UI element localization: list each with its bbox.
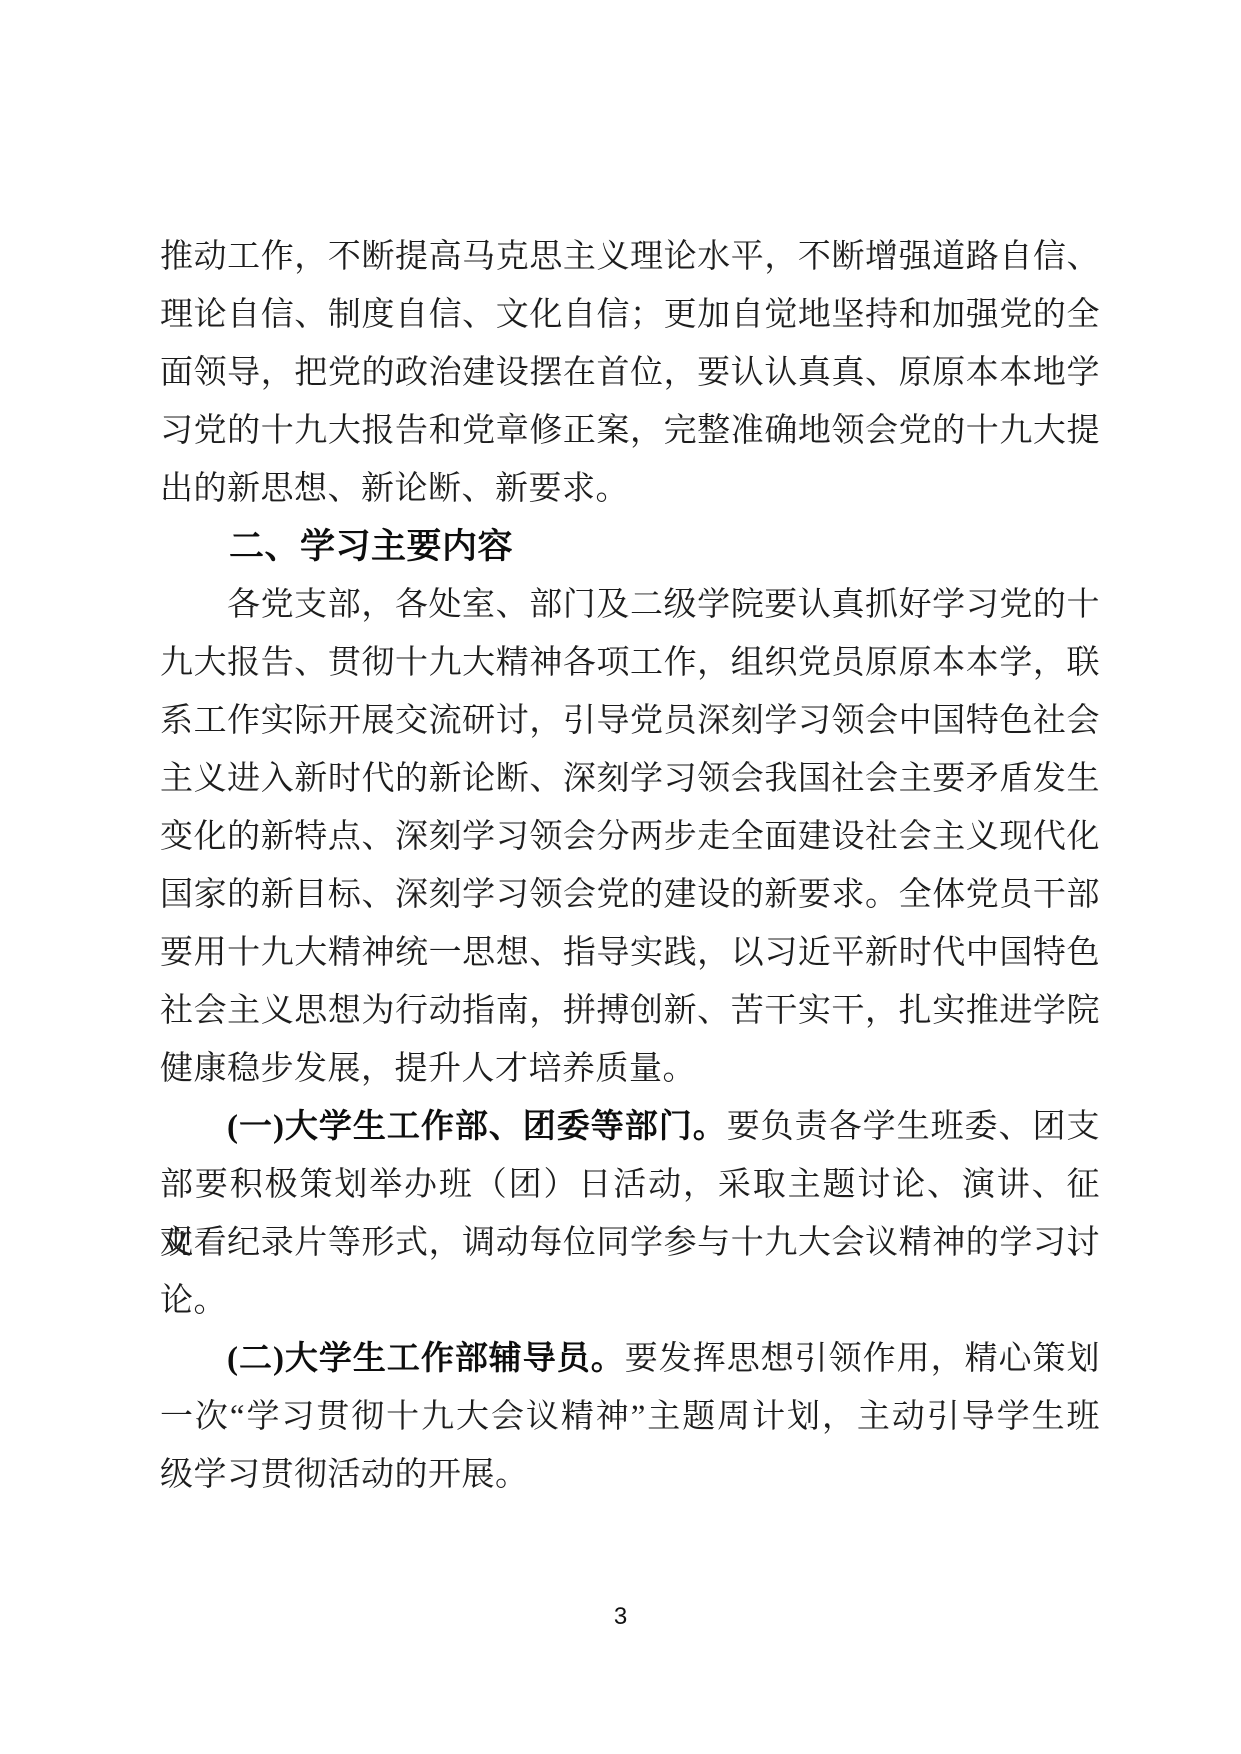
text-line: 理论自信、制度自信、文化自信；更加自觉地坚持和加强党的全 xyxy=(160,286,1100,344)
text-line: 部要积极策划举办班（团）日活动，采取主题讨论、演讲、征文、 xyxy=(160,1156,1100,1214)
text-line: 社会主义思想为行动指南，拼搏创新、苦干实干，扎实推进学院 xyxy=(160,982,1100,1040)
text-line: 观看纪录片等形式，调动每位同学参与十九大会议精神的学习讨 xyxy=(160,1214,1100,1272)
item-2-first-line: (二)大学生工作部辅导员。要发挥思想引领作用，精心策划 xyxy=(160,1330,1100,1388)
item-1-text: 要负责各学生班委、团支 xyxy=(727,1109,1100,1145)
text-line: 各党支部，各处室、部门及二级学院要认真抓好学习党的十 xyxy=(160,576,1100,634)
text-line: 一次“学习贯彻十九大会议精神”主题周计划，主动引导学生班 xyxy=(160,1388,1100,1446)
text-line: 级学习贯彻活动的开展。 xyxy=(160,1446,1100,1504)
text-line: 出的新思想、新论断、新要求。 xyxy=(160,460,1100,518)
text-line: 九大报告、贯彻十九大精神各项工作，组织党员原原本本学，联 xyxy=(160,634,1100,692)
item-1-first-line: (一)大学生工作部、团委等部门。要负责各学生班委、团支 xyxy=(160,1098,1100,1156)
document-page: 推动工作，不断提高马克思主义理论水平，不断增强道路自信、 理论自信、制度自信、文… xyxy=(0,0,1241,1754)
text-line: 论。 xyxy=(160,1272,1100,1330)
text-line: 要用十九大精神统一思想、指导实践，以习近平新时代中国特色 xyxy=(160,924,1100,982)
page-number: 3 xyxy=(0,1603,1241,1631)
text-line: 健康稳步发展，提升人才培养质量。 xyxy=(160,1040,1100,1098)
document-body: 推动工作，不断提高马克思主义理论水平，不断增强道路自信、 理论自信、制度自信、文… xyxy=(160,228,1100,1504)
item-1-lead: (一)大学生工作部、团委等部门。 xyxy=(227,1109,727,1145)
text-line: 习党的十九大报告和党章修正案，完整准确地领会党的十九大提 xyxy=(160,402,1100,460)
item-2-lead: (二)大学生工作部辅导员。 xyxy=(227,1341,625,1377)
text-line: 推动工作，不断提高马克思主义理论水平，不断增强道路自信、 xyxy=(160,228,1100,286)
text-line: 面领导，把党的政治建设摆在首位，要认认真真、原原本本地学 xyxy=(160,344,1100,402)
text-line: 主义进入新时代的新论断、深刻学习领会我国社会主要矛盾发生 xyxy=(160,750,1100,808)
text-line: 国家的新目标、深刻学习领会党的建设的新要求。全体党员干部 xyxy=(160,866,1100,924)
item-2-text: 要发挥思想引领作用，精心策划 xyxy=(625,1341,1100,1377)
text-line: 系工作实际开展交流研讨，引导党员深刻学习领会中国特色社会 xyxy=(160,692,1100,750)
text-line: 变化的新特点、深刻学习领会分两步走全面建设社会主义现代化 xyxy=(160,808,1100,866)
section-heading: 二、学习主要内容 xyxy=(160,518,1100,576)
